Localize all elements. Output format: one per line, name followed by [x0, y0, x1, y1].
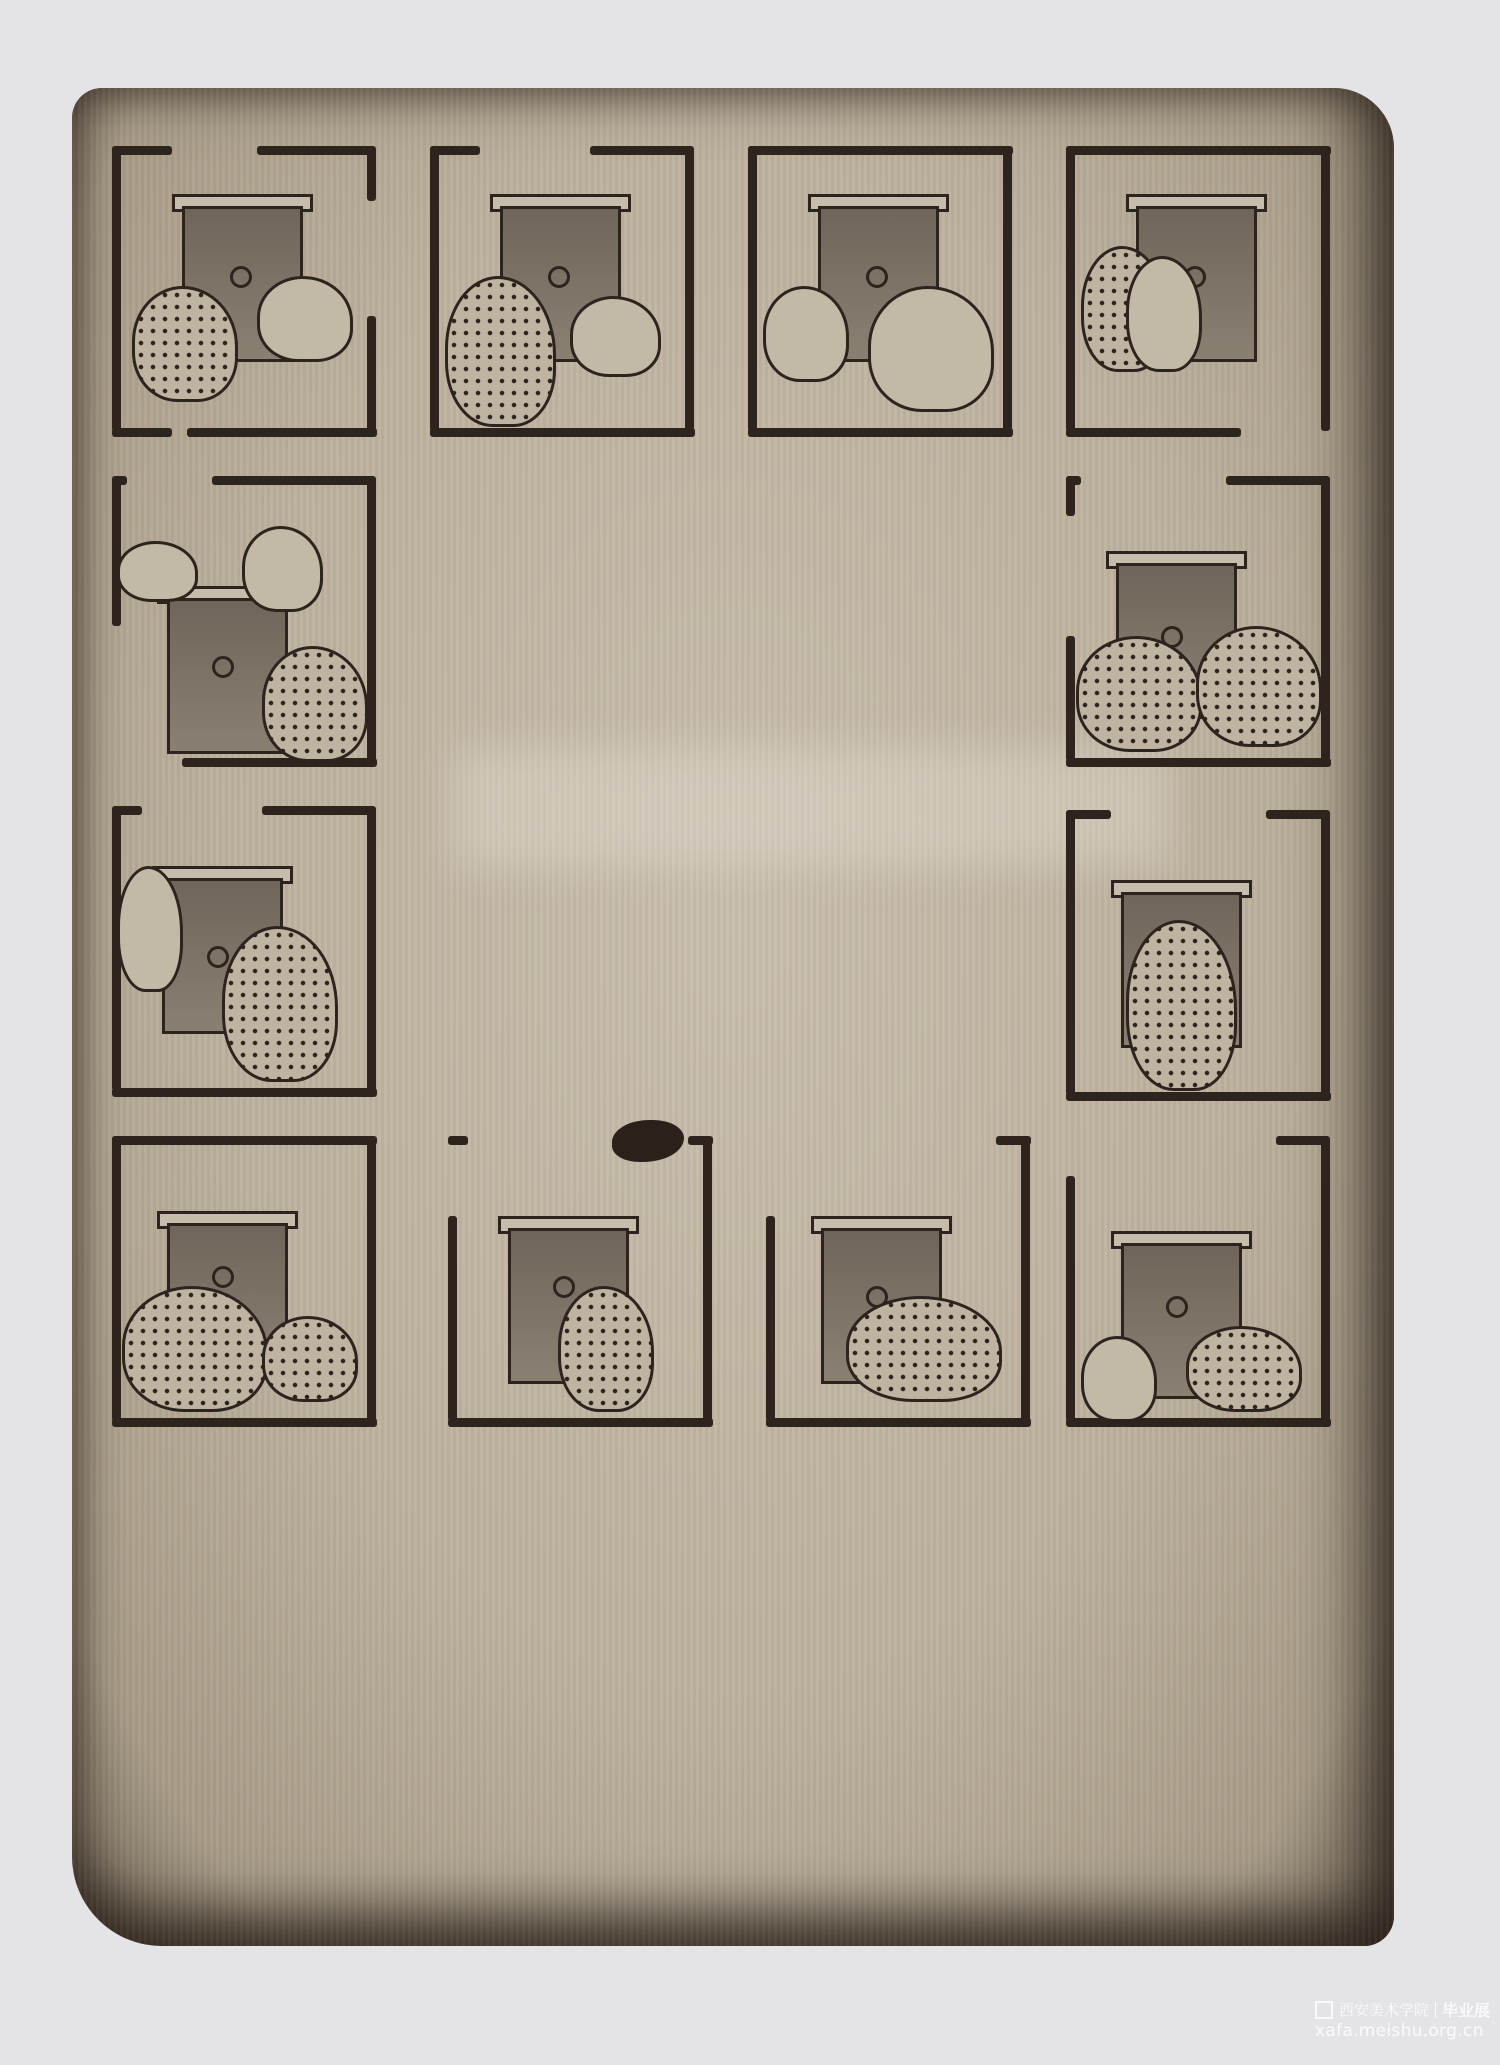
panel-4: [1066, 146, 1331, 431]
toad: [558, 1286, 654, 1412]
toad: [1076, 636, 1202, 752]
toad: [117, 541, 198, 602]
institution-logo-icon: [1315, 2001, 1333, 2019]
panel-7: [1066, 476, 1331, 761]
toad: [262, 1316, 358, 1402]
panel-5: [112, 476, 377, 761]
separator: [1435, 2002, 1436, 2018]
toad: [1196, 626, 1322, 747]
panel-6: [112, 806, 377, 1091]
toad: [257, 276, 353, 362]
toad: [1186, 1326, 1302, 1412]
panel-3: [748, 146, 1013, 431]
exhibition-label: 毕业展: [1442, 1998, 1490, 2021]
panel-2: [430, 146, 695, 431]
toad: [122, 1286, 268, 1412]
toad: [763, 286, 849, 382]
panel-1: [112, 146, 377, 431]
toad: [1126, 256, 1202, 372]
toad: [242, 526, 323, 612]
panel-12: [1066, 1136, 1331, 1421]
toad: [570, 296, 661, 377]
institution-name: 西安美术学院: [1339, 1999, 1429, 2020]
toad: [117, 866, 183, 992]
panel-10: [448, 1136, 713, 1421]
toad: [846, 1296, 1002, 1402]
box-hole: [230, 266, 252, 288]
panel-11: [766, 1136, 1031, 1421]
light-wash: [452, 748, 1172, 868]
panel-9: [112, 1136, 377, 1421]
toad: [262, 646, 368, 762]
watermark: 西安美术学院 毕业展 xafa.meishu.org.cn: [1315, 1998, 1490, 2041]
watermark-url: xafa.meishu.org.cn: [1315, 2021, 1490, 2041]
toad: [132, 286, 238, 402]
toad: [868, 286, 994, 412]
toad: [1081, 1336, 1157, 1422]
lithograph-print: [72, 88, 1394, 1946]
panel-8: [1066, 810, 1331, 1095]
toad: [222, 926, 338, 1082]
